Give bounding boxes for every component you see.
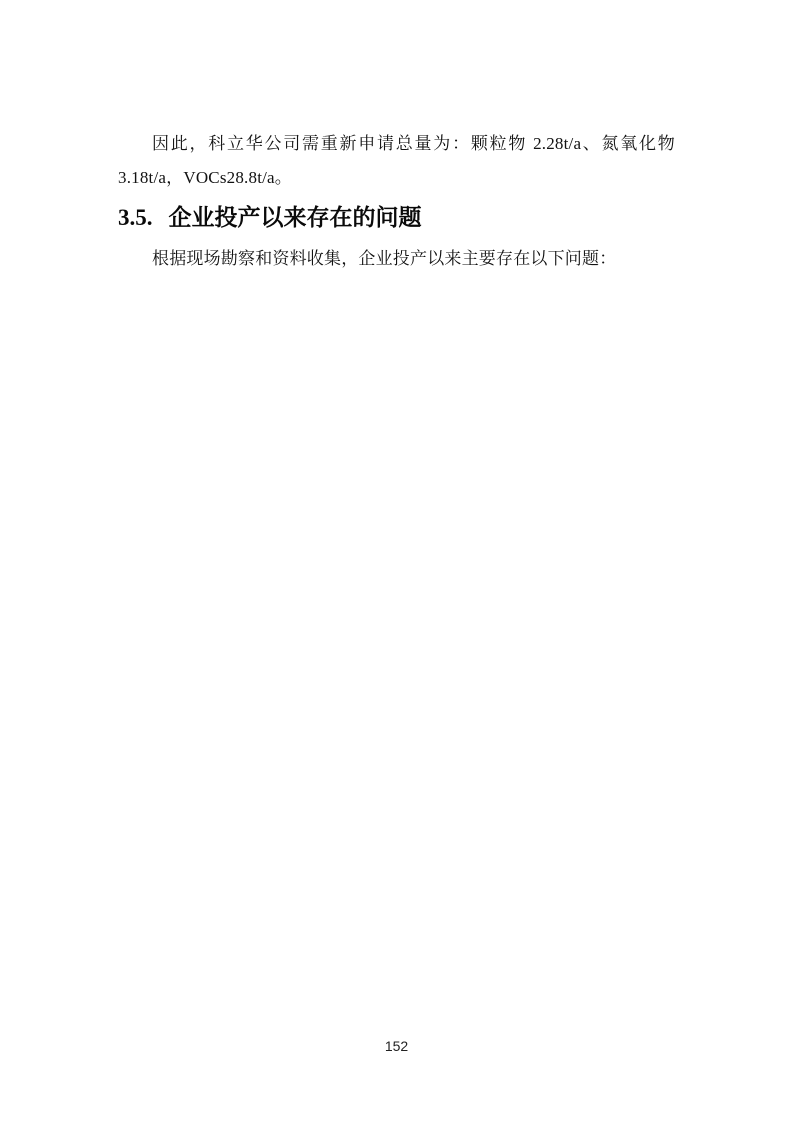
document-page: 因此，科立华公司需重新申请总量为：颗粒物 2.28t/a、氮氧化物 3.18t/… bbox=[0, 0, 793, 1122]
page-content: 因此，科立华公司需重新申请总量为：颗粒物 2.28t/a、氮氧化物 3.18t/… bbox=[118, 0, 675, 276]
section-heading-title: 企业投产以来存在的问题 bbox=[169, 205, 422, 230]
page-footer: 152 bbox=[0, 1037, 793, 1055]
page-number: 152 bbox=[385, 1038, 408, 1054]
paragraph-issues-intro: 根据现场勘察和资料收集，企业投产以来主要存在以下问题： bbox=[118, 242, 675, 276]
paragraph-total-quota: 因此，科立华公司需重新申请总量为：颗粒物 2.28t/a、氮氧化物 3.18t/… bbox=[118, 127, 675, 195]
section-heading: 3.5.企业投产以来存在的问题 bbox=[118, 202, 675, 234]
section-heading-number: 3.5. bbox=[118, 205, 153, 230]
